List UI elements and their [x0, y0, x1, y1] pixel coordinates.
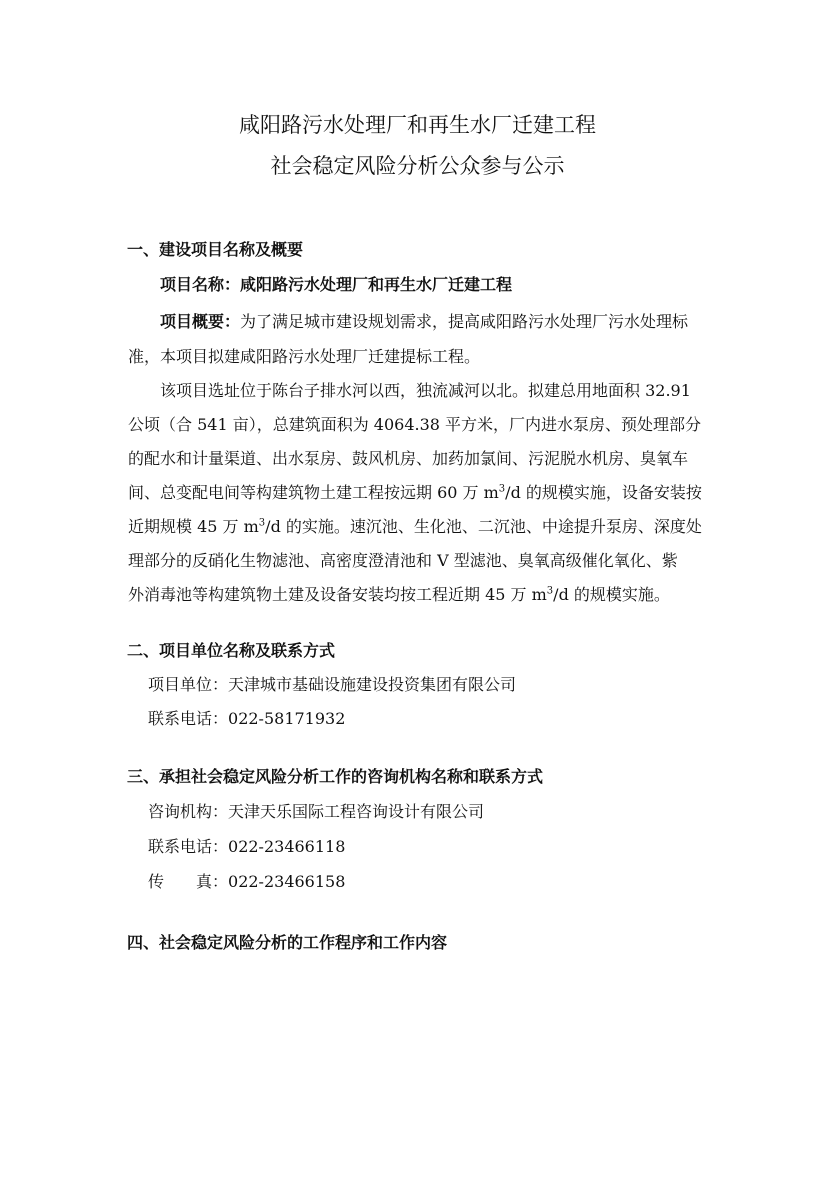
- project-phone-value: 022-58171932: [228, 709, 345, 728]
- para-line-5: 近期规模 45 万 m3/d 的实施。速沉池、生化池、二沉池、中途提升泵房、深度…: [128, 517, 702, 537]
- project-name-row: 项目名称：咸阳路污水处理厂和再生水厂迁建工程: [160, 275, 512, 295]
- para-line-2: 公顷（合 541 亩），总建筑面积为 4064.38 平方米，厂内进水泵房、预处…: [128, 415, 701, 435]
- para-line-4b: /d 的规模实施，设备安装按: [505, 483, 702, 502]
- section-4-heading: 四、社会稳定风险分析的工作程序和工作内容: [127, 933, 447, 953]
- para-line-4a: 间、总变配电间等构建筑物土建工程按远期 60 万 m: [128, 483, 499, 502]
- section-2-heading: 二、项目单位名称及联系方式: [127, 641, 335, 661]
- para-line-3: 的配水和计量渠道、出水泵房、鼓风机房、加药加氯间、污泥脱水机房、臭氧车: [128, 449, 688, 469]
- overview-label: 项目概要：: [160, 312, 240, 331]
- document-subtitle: 社会稳定风险分析公众参与公示: [0, 153, 835, 179]
- section-3-heading: 三、承担社会稳定风险分析工作的咨询机构名称和联系方式: [127, 767, 543, 787]
- project-phone-label: 联系电话：: [148, 709, 228, 728]
- para-line-7: 外消毒池等构建筑物土建及设备安装均按工程近期 45 万 m3/d 的规模实施。: [128, 585, 670, 605]
- para-line-5b: /d 的实施。速沉池、生化池、二沉池、中途提升泵房、深度处: [265, 517, 702, 536]
- project-unit-label: 项目单位：: [148, 675, 228, 694]
- consult-org-row: 咨询机构：天津天乐国际工程咨询设计有限公司: [148, 802, 484, 822]
- para-line-7a: 外消毒池等构建筑物土建及设备安装均按工程近期 45 万 m: [128, 585, 547, 604]
- consult-phone-value: 022-23466118: [228, 837, 345, 856]
- para-line-5a: 近期规模 45 万 m: [128, 517, 259, 536]
- consult-fax-value: 022-23466158: [228, 872, 345, 891]
- project-unit-row: 项目单位：天津城市基础设施建设投资集团有限公司: [148, 675, 516, 695]
- project-name-value: 咸阳路污水处理厂和再生水厂迁建工程: [240, 275, 512, 294]
- overview-text-2: 准，本项目拟建咸阳路污水处理厂迁建提标工程。: [128, 347, 480, 367]
- document-title: 咸阳路污水处理厂和再生水厂迁建工程: [0, 112, 835, 138]
- project-phone-row: 联系电话：022-58171932: [148, 709, 345, 729]
- consult-fax-label: 传 真：: [148, 872, 228, 891]
- para-line-7b: /d 的规模实施。: [553, 585, 670, 604]
- overview-row: 项目概要：为了满足城市建设规划需求，提高咸阳路污水处理厂污水处理标: [160, 312, 688, 332]
- project-name-label: 项目名称：: [160, 275, 240, 294]
- para-line-4: 间、总变配电间等构建筑物土建工程按远期 60 万 m3/d 的规模实施，设备安装…: [128, 483, 702, 503]
- overview-text-1: 为了满足城市建设规划需求，提高咸阳路污水处理厂污水处理标: [240, 312, 688, 331]
- consult-org-value: 天津天乐国际工程咨询设计有限公司: [228, 802, 484, 821]
- para-line-1: 该项目选址位于陈台子排水河以西，独流减河以北。拟建总用地面积 32.91: [160, 381, 691, 401]
- consult-phone-row: 联系电话：022-23466118: [148, 837, 345, 857]
- consult-org-label: 咨询机构：: [148, 802, 228, 821]
- consult-phone-label: 联系电话：: [148, 837, 228, 856]
- para-line-6: 理部分的反硝化生物滤池、高密度澄清池和 V 型滤池、臭氧高级催化氧化、紫: [128, 551, 678, 571]
- section-1-heading: 一、建设项目名称及概要: [127, 240, 303, 260]
- project-unit-value: 天津城市基础设施建设投资集团有限公司: [228, 675, 516, 694]
- consult-fax-row: 传 真：022-23466158: [148, 872, 345, 892]
